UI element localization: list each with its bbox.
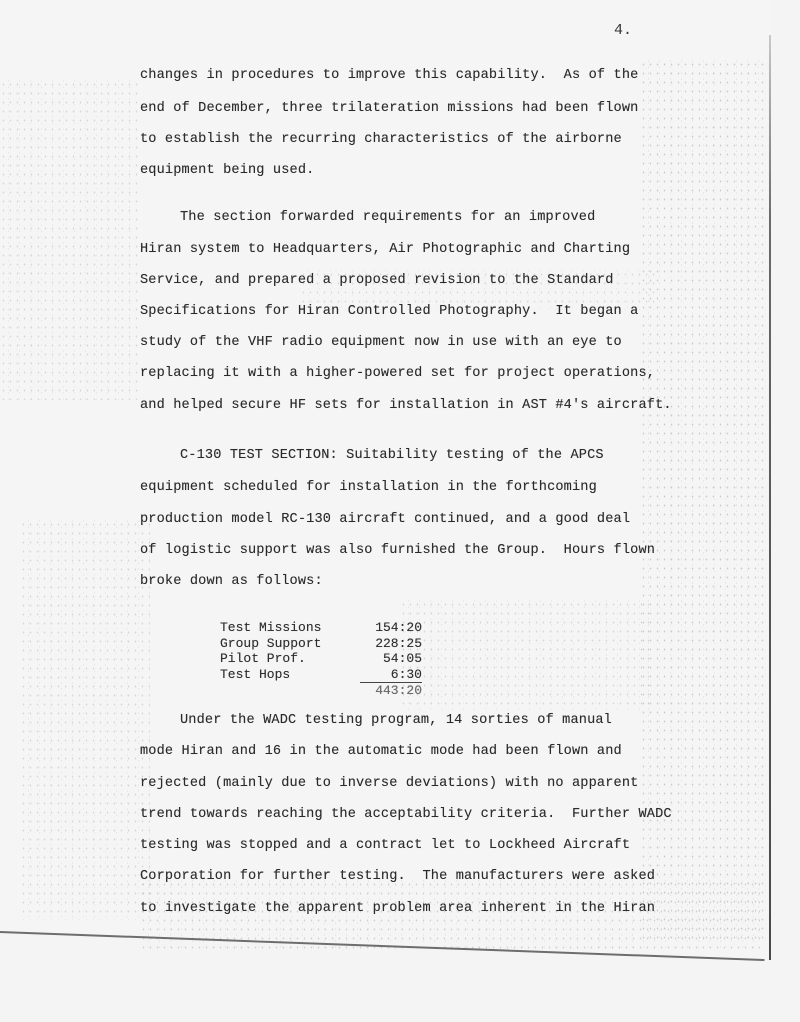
text-line: rejected (mainly due to inverse deviatio… bbox=[140, 776, 638, 791]
hours-label: Test Hops bbox=[220, 667, 360, 683]
text-line: of logistic support was also furnished t… bbox=[140, 543, 655, 558]
hours-label: Test Missions bbox=[220, 620, 360, 636]
text-line: Under the WADC testing program, 14 sorti… bbox=[180, 713, 612, 728]
text-line: to establish the recurring characteristi… bbox=[140, 132, 622, 147]
text-line: C-130 TEST SECTION: Suitability testing … bbox=[180, 448, 604, 463]
text-line: trend towards reaching the acceptability… bbox=[140, 807, 672, 822]
table-row: Test Missions 154:20 bbox=[220, 620, 422, 636]
text-line: The section forwarded requirements for a… bbox=[180, 210, 595, 225]
hours-value: 54:05 bbox=[360, 651, 422, 667]
text-line: replacing it with a higher-powered set f… bbox=[140, 366, 655, 381]
text-line: Hiran system to Headquarters, Air Photog… bbox=[140, 242, 630, 257]
text-line: end of December, three trilateration mis… bbox=[140, 101, 638, 116]
text-line: Specifications for Hiran Controlled Phot… bbox=[140, 304, 638, 319]
table-row: Pilot Prof. 54:05 bbox=[220, 651, 422, 667]
text-line: changes in procedures to improve this ca… bbox=[140, 68, 638, 83]
hours-label: Group Support bbox=[220, 636, 360, 652]
text-line: study of the VHF radio equipment now in … bbox=[140, 335, 622, 350]
hours-value: 6:30 bbox=[360, 667, 422, 683]
table-row: Group Support 228:25 bbox=[220, 636, 422, 652]
page-right-edge bbox=[769, 35, 771, 960]
text-line: equipment being used. bbox=[140, 163, 314, 178]
text-line: mode Hiran and 16 in the automatic mode … bbox=[140, 744, 622, 759]
hours-total-label bbox=[220, 683, 360, 699]
text-line: equipment scheduled for installation in … bbox=[140, 480, 597, 495]
hours-value: 228:25 bbox=[360, 636, 422, 652]
text-line: testing was stopped and a contract let t… bbox=[140, 838, 630, 853]
text-line: Service, and prepared a proposed revisio… bbox=[140, 273, 614, 288]
page-number: 4. bbox=[614, 22, 632, 39]
table-total-row: 443:20 bbox=[220, 683, 422, 699]
hours-label: Pilot Prof. bbox=[220, 651, 360, 667]
hours-value: 154:20 bbox=[360, 620, 422, 636]
text-line: and helped secure HF sets for installati… bbox=[140, 398, 672, 413]
hours-flown-table: Test Missions 154:20 Group Support 228:2… bbox=[220, 620, 422, 699]
table-row: Test Hops 6:30 bbox=[220, 667, 422, 683]
hours-total-value: 443:20 bbox=[360, 683, 422, 699]
text-line: Corporation for further testing. The man… bbox=[140, 869, 655, 884]
text-line: production model RC-130 aircraft continu… bbox=[140, 512, 630, 527]
text-line: broke down as follows: bbox=[140, 574, 323, 589]
text-line: to investigate the apparent problem area… bbox=[140, 901, 655, 916]
